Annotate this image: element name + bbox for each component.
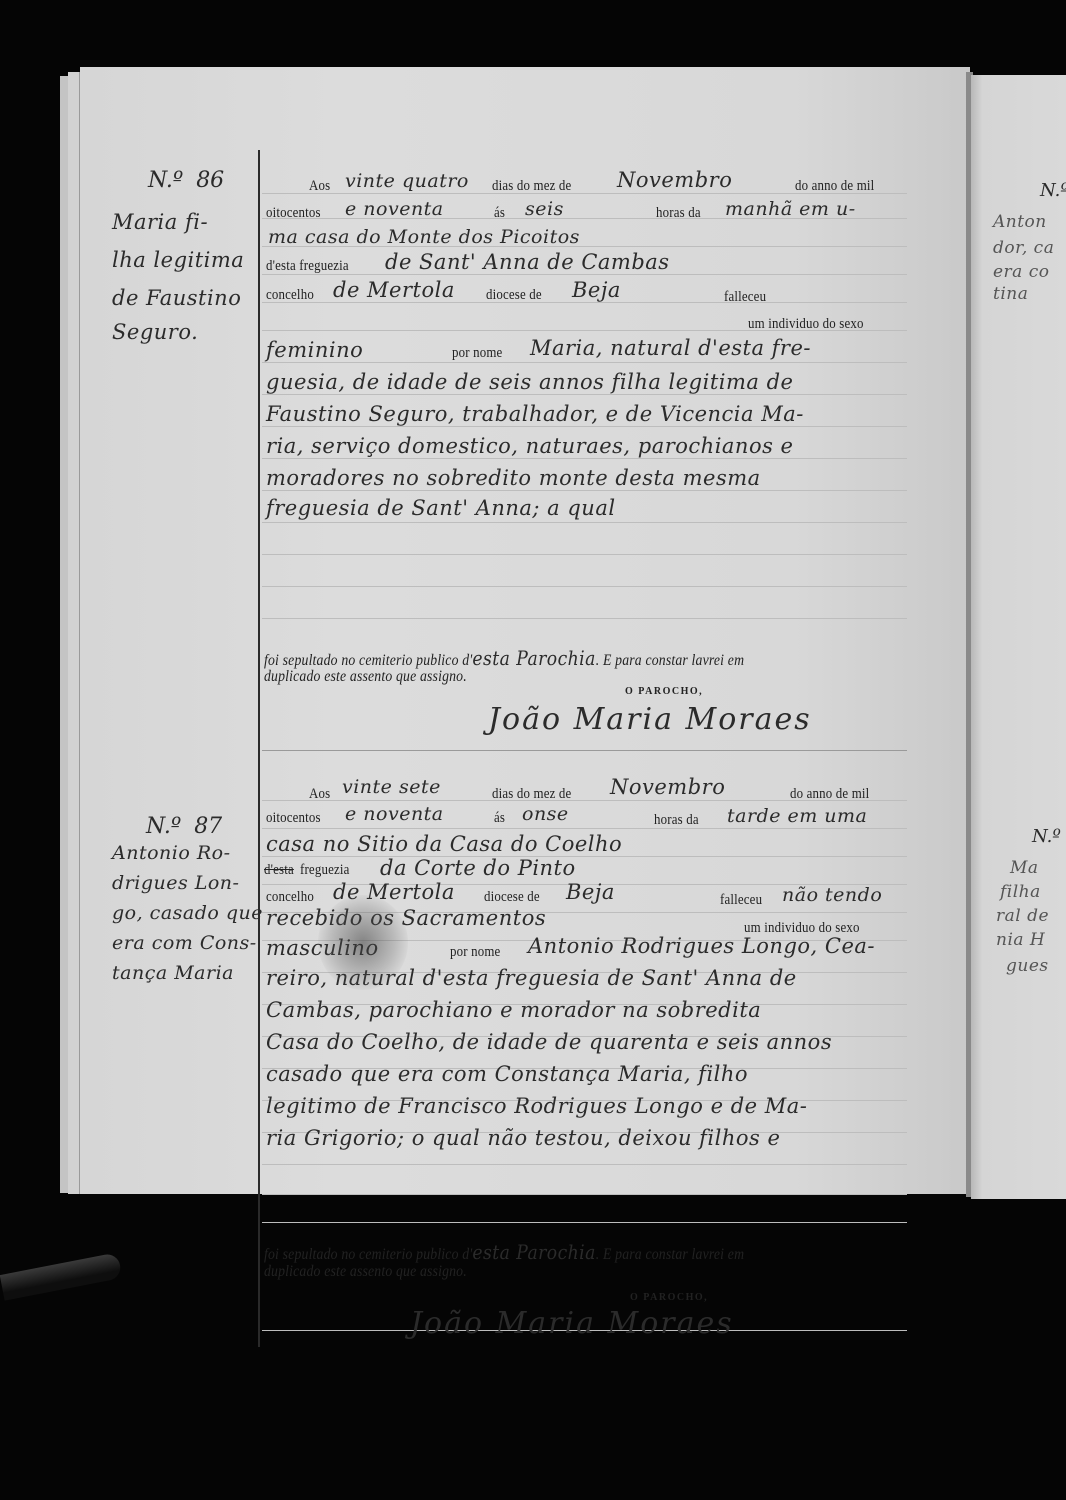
printed-label: por nome bbox=[452, 345, 502, 362]
margin-note-line: dor, ca bbox=[993, 238, 1054, 258]
handwritten-body-line: moradores no sobredito monte desta mesma bbox=[266, 466, 761, 490]
handwritten-period: manhã em u- bbox=[725, 198, 856, 220]
handwritten-body-line: freguesia de Sant' Anna; a qual bbox=[266, 496, 616, 520]
parish-priest-signature: João Maria Moraes bbox=[410, 1306, 734, 1341]
handwritten-period: tarde em uma bbox=[727, 805, 867, 827]
ink-smudge bbox=[318, 895, 408, 990]
ruled-line bbox=[262, 1222, 907, 1223]
margin-note-line: gues bbox=[1006, 956, 1049, 976]
handwritten-sex: feminino bbox=[266, 338, 363, 362]
printed-label: falleceu bbox=[724, 289, 766, 306]
entry-number-value: 86 bbox=[196, 168, 224, 193]
handwritten-month: Novembro bbox=[610, 775, 725, 799]
ruled-line bbox=[262, 856, 907, 857]
margin-note-line: lha legitima bbox=[112, 248, 244, 272]
ruled-line bbox=[262, 1164, 907, 1165]
printed-label: ás bbox=[494, 810, 505, 827]
printed-label: horas da bbox=[654, 812, 699, 829]
printed-label: foi sepultado no cemiterio publico d' bbox=[264, 652, 472, 669]
printed-label: dias do mez de bbox=[492, 178, 571, 195]
page-holder-pointer bbox=[0, 1252, 122, 1300]
margin-note-line: ral de bbox=[996, 906, 1049, 926]
entry-number-prefix: N.º bbox=[148, 168, 183, 193]
margin-note-line: go, casado que bbox=[112, 902, 263, 924]
printed-closing: duplicado este assento que assigno. bbox=[264, 1263, 467, 1281]
ruled-line bbox=[262, 362, 907, 363]
entry-number-prefix: N.º bbox=[1032, 826, 1061, 847]
margin-note-line: Maria fi- bbox=[112, 210, 208, 234]
entry-number: N.º 86 bbox=[148, 168, 224, 193]
entry-number: N.º 87 bbox=[146, 814, 222, 839]
printed-burial-text: foi sepultado no cemiterio publico d'est… bbox=[264, 646, 744, 670]
printed-label: diocese de bbox=[486, 287, 542, 304]
handwritten-body-line: ria Grigorio; o qual não testou, deixou … bbox=[266, 1126, 780, 1150]
printed-label: . E para constar lavrei em bbox=[596, 1246, 744, 1263]
margin-note-line: de Faustino bbox=[112, 286, 241, 310]
printed-label: Aos bbox=[309, 786, 330, 803]
printed-label: freguezia bbox=[300, 862, 350, 879]
handwritten-body-line: Faustino Seguro, trabalhador, e de Vicen… bbox=[266, 402, 804, 426]
signatory-title: O PAROCHO, bbox=[625, 686, 703, 697]
printed-label: oitocentos bbox=[266, 205, 321, 222]
ruled-line bbox=[262, 1194, 907, 1195]
printed-label: do anno de mil bbox=[790, 786, 869, 803]
margin-note-line: tança Maria bbox=[112, 962, 234, 984]
handwritten-diocese: Beja bbox=[566, 880, 615, 904]
margin-note-line: tina bbox=[993, 284, 1028, 304]
handwritten-name: Antonio Rodrigues Longo, Cea- bbox=[528, 934, 875, 958]
handwritten-annotation: recebido os Sacramentos bbox=[266, 906, 546, 930]
printed-label: diocese de bbox=[484, 889, 540, 906]
handwritten-name: Maria, natural d'esta fre- bbox=[530, 336, 811, 360]
ruled-line bbox=[262, 458, 907, 459]
printed-label: d'esta freguezia bbox=[266, 258, 349, 275]
handwritten-place: ma casa do Monte dos Picoitos bbox=[268, 226, 580, 248]
margin-note-line: Antonio Ro- bbox=[112, 842, 231, 864]
printed-label: foi sepultado no cemiterio publico d' bbox=[264, 1246, 472, 1263]
handwritten-parish: da Corte do Pinto bbox=[380, 856, 576, 880]
handwritten-burial-place: esta Parochia bbox=[472, 646, 595, 670]
printed-label: por nome bbox=[450, 944, 500, 961]
handwritten-hour: onse bbox=[522, 803, 569, 825]
margin-note-line: era com Cons- bbox=[112, 932, 257, 954]
ruled-line bbox=[262, 394, 907, 395]
handwritten-year: e noventa bbox=[345, 198, 444, 220]
handwritten-body-line: ria, serviço domestico, naturaes, paroch… bbox=[266, 434, 793, 458]
printed-label: . E para constar lavrei em bbox=[596, 652, 744, 669]
ruled-line bbox=[262, 828, 907, 829]
ruled-line bbox=[262, 618, 907, 619]
printed-label: oitocentos bbox=[266, 810, 321, 827]
entry-number-prefix: N.º bbox=[146, 814, 181, 839]
margin-note-line: drigues Lon- bbox=[112, 872, 239, 894]
handwritten-body-line: Cambas, parochiano e morador na sobredit… bbox=[266, 998, 761, 1022]
ruled-line bbox=[262, 522, 907, 523]
printed-label: falleceu bbox=[720, 892, 762, 909]
ruled-line bbox=[262, 302, 907, 303]
struck-printed-label: d'esta bbox=[264, 862, 294, 879]
handwritten-month: Novembro bbox=[617, 168, 732, 192]
entry-separator bbox=[262, 750, 907, 751]
entry-number-prefix: N.º bbox=[1040, 180, 1066, 201]
handwritten-body-line: Casa do Coelho, de idade de quarenta e s… bbox=[266, 1030, 832, 1054]
printed-label: ás bbox=[494, 205, 505, 222]
ruled-line bbox=[262, 490, 907, 491]
printed-label: dias do mez de bbox=[492, 786, 571, 803]
handwritten-council: de Mertola bbox=[333, 278, 455, 302]
ruled-line bbox=[262, 426, 907, 427]
ruled-line bbox=[262, 274, 907, 275]
printed-closing: duplicado este assento que assigno. bbox=[264, 668, 467, 686]
margin-note-line: Ma bbox=[1010, 858, 1039, 878]
printed-label: um individuo do sexo bbox=[748, 316, 864, 333]
signatory-title: O PAROCHO, bbox=[630, 1292, 708, 1303]
handwritten-burial-place: esta Parochia bbox=[472, 1240, 595, 1264]
printed-label: concelho bbox=[266, 287, 314, 304]
margin-note-line: Anton bbox=[993, 212, 1047, 232]
handwritten-parish: de Sant' Anna de Cambas bbox=[385, 250, 670, 274]
margin-note-line: era co bbox=[993, 262, 1049, 282]
handwritten-body-line: casado que era com Constança Maria, filh… bbox=[266, 1062, 748, 1086]
margin-note-line: filha bbox=[1000, 882, 1041, 902]
printed-label: Aos bbox=[309, 178, 330, 195]
handwritten-annotation: não tendo bbox=[782, 884, 882, 906]
ruled-line bbox=[262, 554, 907, 555]
parish-priest-signature: João Maria Moraes bbox=[488, 702, 812, 737]
handwritten-hour: seis bbox=[525, 198, 564, 220]
handwritten-body-line: legitimo de Francisco Rodrigues Longo e … bbox=[266, 1094, 807, 1118]
printed-label: concelho bbox=[266, 889, 314, 906]
handwritten-place: casa no Sitio da Casa do Coelho bbox=[266, 832, 622, 856]
printed-label: do anno de mil bbox=[795, 178, 874, 195]
handwritten-day: vinte quatro bbox=[345, 170, 469, 192]
page-stack-edge bbox=[68, 72, 80, 1194]
printed-burial-text: foi sepultado no cemiterio publico d'est… bbox=[264, 1240, 744, 1264]
margin-note-line: Seguro. bbox=[112, 320, 198, 344]
entry-number-value: 87 bbox=[194, 814, 222, 839]
handwritten-diocese: Beja bbox=[572, 278, 621, 302]
handwritten-year: e noventa bbox=[345, 803, 444, 825]
handwritten-day: vinte sete bbox=[342, 776, 441, 798]
printed-label: horas da bbox=[656, 205, 701, 222]
ruled-line bbox=[262, 586, 907, 587]
margin-column-rule bbox=[258, 150, 260, 1347]
scanned-register-image: N.º 86 Maria fi- lha legitima de Faustin… bbox=[0, 0, 1066, 1500]
handwritten-body-line: guesia, de idade de seis annos filha leg… bbox=[266, 370, 793, 394]
margin-note-line: nia H bbox=[996, 930, 1045, 950]
